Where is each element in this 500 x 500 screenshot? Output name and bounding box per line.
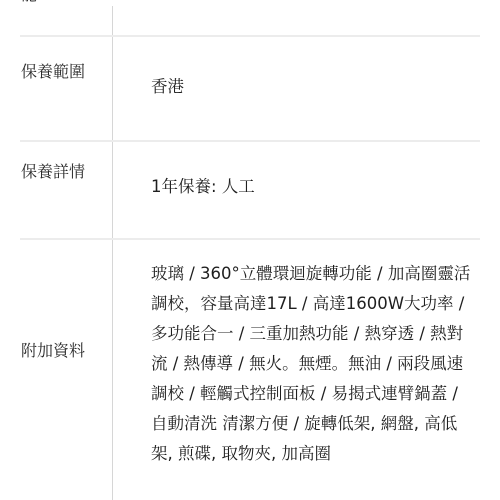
spec-label: 附加資料 (21, 336, 101, 365)
spec-value: 1年保養: 人工 (151, 172, 473, 202)
spec-row-warranty-details: 保養詳情 1年保養: 人工 (0, 141, 500, 239)
spec-row-function: 能 (0, 0, 500, 36)
spec-value: 香港 (151, 72, 473, 102)
spec-value: 玻璃 / 360°立體環迴旋轉功能 / 加高圈靈活調校，容量高達17L / 高達… (151, 259, 473, 469)
spec-row-warranty-scope: 保養範圍 香港 (0, 36, 500, 141)
spec-label: 保養詳情 (21, 157, 101, 186)
spec-label: 能 (21, 0, 101, 9)
spec-label: 保養範圍 (21, 57, 101, 86)
spec-row-additional-info: 附加資料 玻璃 / 360°立體環迴旋轉功能 / 加高圈靈活調校，容量高達17L… (0, 239, 500, 500)
